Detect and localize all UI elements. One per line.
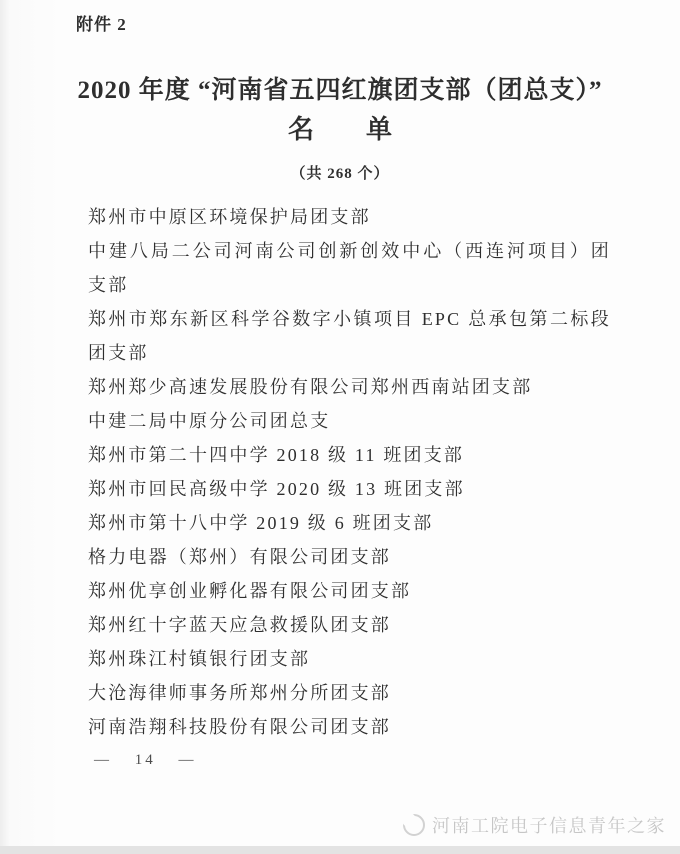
- list-item: 郑州市第二十四中学 2018 级 11 班团支部: [88, 438, 611, 472]
- list-item: 中建八局二公司河南公司创新创效中心（西连河项目）团支部: [88, 234, 611, 302]
- list-item: 河南浩翔科技股份有限公司团支部: [88, 710, 611, 744]
- attachment-label: 附件 2: [76, 10, 127, 35]
- list-item: 郑州市第十八中学 2019 级 6 班团支部: [88, 506, 611, 540]
- page-number: — 14 —: [94, 752, 197, 769]
- document-title-line2: 名 单: [0, 112, 680, 148]
- list-item: 郑州市回民高级中学 2020 级 13 班团支部: [88, 472, 611, 506]
- watermark-text: 河南工院电子信息青年之家: [432, 812, 666, 838]
- list-item: 郑州红十字蓝天应急救援队团支部: [88, 608, 611, 642]
- list-item: 郑州珠江村镇银行团支部: [88, 642, 611, 676]
- list-item: 郑州优享创业孵化器有限公司团支部: [88, 574, 611, 608]
- list-item: 郑州郑少高速发展股份有限公司郑州西南站团支部: [88, 370, 611, 404]
- document-title-line1: 2020 年度 “河南省五四红旗团支部（团总支）”: [0, 74, 680, 108]
- watermark-logo-icon: [403, 814, 425, 836]
- document-page: 附件 2 2020 年度 “河南省五四红旗团支部（团总支）” 名 单 （共 26…: [0, 0, 680, 854]
- branch-name-list: 郑州市中原区环境保护局团支部 中建八局二公司河南公司创新创效中心（西连河项目）团…: [88, 200, 611, 744]
- watermark: 河南工院电子信息青年之家: [403, 812, 666, 838]
- total-count-note: （共 268 个）: [0, 162, 680, 183]
- list-item: 格力电器（郑州）有限公司团支部: [88, 540, 611, 574]
- list-item: 郑州市中原区环境保护局团支部: [88, 200, 611, 234]
- list-item: 大沧海律师事务所郑州分所团支部: [88, 676, 611, 710]
- list-item: 中建二局中原分公司团总支: [88, 404, 611, 438]
- list-item: 郑州市郑东新区科学谷数字小镇项目 EPC 总承包第二标段团支部: [88, 302, 611, 370]
